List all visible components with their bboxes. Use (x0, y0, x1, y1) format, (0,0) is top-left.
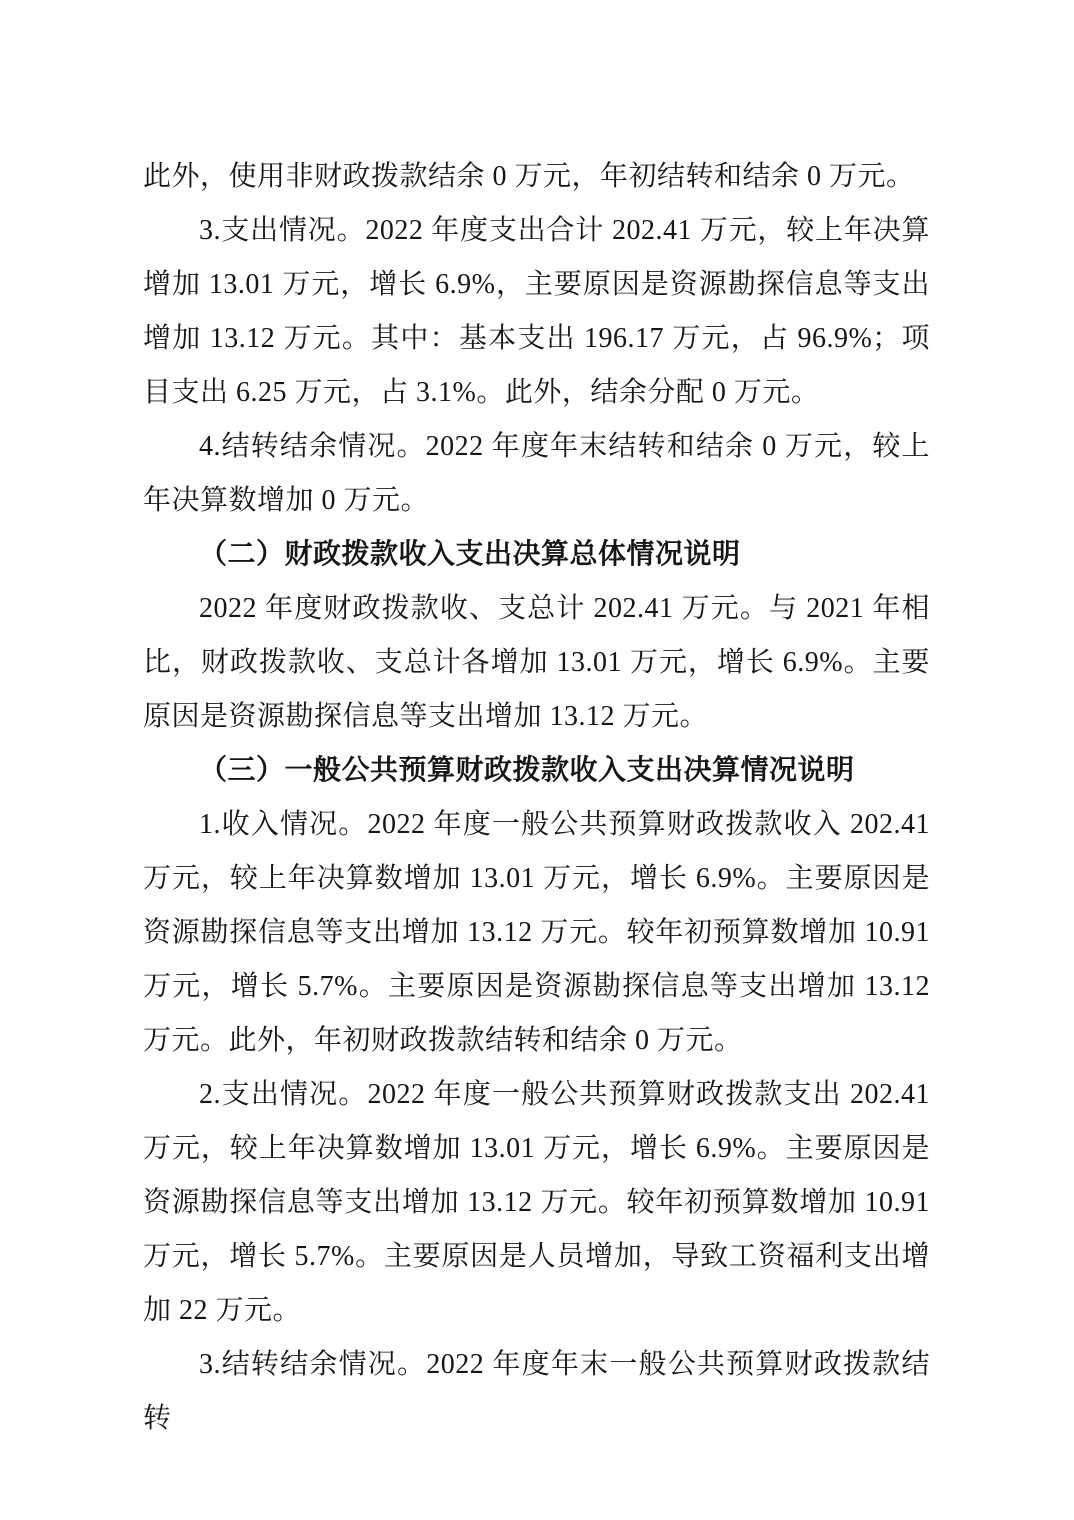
paragraph-carryover-detail-partial: 3.结转结余情况。2022 年度年末一般公共预算财政拨款结转 (143, 1338, 930, 1446)
document-page: 此外，使用非财政拨款结余 0 万元，年初结转和结余 0 万元。 3.支出情况。2… (0, 0, 1074, 1520)
paragraph-income-detail: 1.收入情况。2022 年度一般公共预算财政拨款收入 202.41 万元，较上年… (143, 798, 930, 1068)
heading-section-2-fiscal-appropriation: （二）财政拨款收入支出决算总体情况说明 (143, 528, 930, 582)
paragraph-carryover-overview: 4.结转结余情况。2022 年度年末结转和结余 0 万元，较上年决算数增加 0 … (143, 420, 930, 528)
paragraph-expenditure-overview: 3.支出情况。2022 年度支出合计 202.41 万元，较上年决算增加 13.… (143, 204, 930, 420)
paragraph-expenditure-detail: 2.支出情况。2022 年度一般公共预算财政拨款支出 202.41 万元，较上年… (143, 1068, 930, 1338)
document-body: 此外，使用非财政拨款结余 0 万元，年初结转和结余 0 万元。 3.支出情况。2… (143, 150, 930, 1446)
paragraph-continuation: 此外，使用非财政拨款结余 0 万元，年初结转和结余 0 万元。 (143, 150, 930, 204)
paragraph-fiscal-appropriation-total: 2022 年度财政拨款收、支总计 202.41 万元。与 2021 年相比，财政… (143, 582, 930, 744)
heading-section-3-general-public-budget: （三）一般公共预算财政拨款收入支出决算情况说明 (143, 744, 930, 798)
